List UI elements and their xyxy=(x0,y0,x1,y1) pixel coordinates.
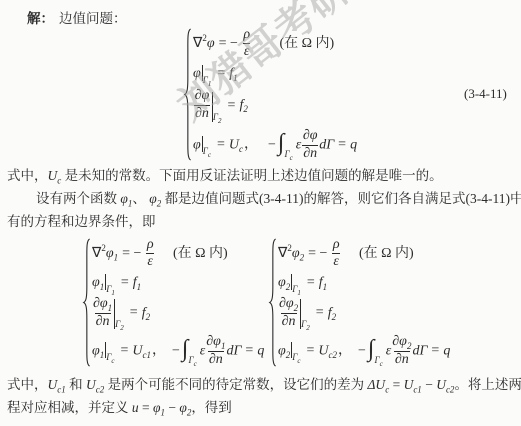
poisson-equation: ∇2φ2= −ρε(在 Ω 内) xyxy=(278,237,450,270)
equation-number: (3-4-11) xyxy=(464,86,507,102)
fraction: ∂φ2∂n xyxy=(392,334,411,368)
fraction: ∂φ1∂n xyxy=(206,334,225,368)
nabla-symbol: ∇ xyxy=(92,246,101,261)
left-brace-icon xyxy=(183,27,192,162)
fraction: ρε xyxy=(332,237,340,270)
conductor-condition: φΓc=Uc，−∫Γcε∂φ∂ndΓ=q xyxy=(193,128,357,162)
nabla-symbol: ∇ xyxy=(193,36,202,51)
solution-heading: 解：边值问题： xyxy=(27,7,127,30)
paragraph-line: 设有两个函数 φ1、 φ2 都是边值问题式(3-4-11)的解答，则它们各自满足… xyxy=(7,187,521,210)
fraction: ∂φ∂n xyxy=(302,128,318,162)
integral-sign: ∫ xyxy=(278,130,285,156)
integral-sign: ∫ xyxy=(182,336,189,362)
neumann-condition: ∂φ1∂nΓ2=f2 xyxy=(92,296,264,330)
poisson-equation: ∇2φ= −ρε(在 Ω 内) xyxy=(193,27,357,60)
conductor-condition: φ1Γc=Uc1，−∫Γcε∂φ1∂ndΓ=q xyxy=(92,334,264,368)
fraction: ρε xyxy=(146,237,154,270)
integral-sign: ∫ xyxy=(368,336,375,362)
solution-label: 解： xyxy=(27,11,54,26)
fraction: ∂φ2∂n xyxy=(279,296,298,330)
left-brace-icon xyxy=(82,237,91,368)
equation-rows: ∇2φ1= −ρε(在 Ω 内) φ1Γ1=f1 ∂φ1∂nΓ2=f2 φ1Γc… xyxy=(92,237,264,368)
equation-rows: ∇2φ= −ρε(在 Ω 内) φΓ1=f1 ∂φ∂nΓ2=f2 φΓc=Uc，… xyxy=(193,27,357,162)
paragraph-line: 式中，Uc1 和 Uc2 是两个可能不同的待定常数，设它们的差为 ΔUc = U… xyxy=(7,373,521,396)
equation-rows: ∇2φ2= −ρε(在 Ω 内) φ2Γ1=f1 ∂φ2∂nΓ2=f2 φ2Γc… xyxy=(278,237,450,368)
bottom-paragraph: 式中，Uc1 和 Uc2 是两个可能不同的待定常数，设它们的差为 ΔUc = U… xyxy=(7,373,521,419)
dirichlet-condition: φ2Γ1=f1 xyxy=(278,274,450,292)
paragraph-line: 式中，Uc 是未知的常数。下面用反证法证明上述边值问题的解是唯一的。 xyxy=(7,164,521,187)
dirichlet-condition: φΓ1=f1 xyxy=(193,65,357,83)
nabla-symbol: ∇ xyxy=(278,246,287,261)
paragraph-line: 程对应相减，并定义 u = φ1 − φ2，得到 xyxy=(7,396,521,419)
fraction: ρε xyxy=(243,27,251,60)
fraction: ∂φ1∂n xyxy=(93,296,112,330)
domain-note: (在 Ω 内) xyxy=(279,36,334,51)
left-brace-icon xyxy=(268,237,277,368)
fraction: ∂φ∂n xyxy=(194,88,210,122)
neumann-condition: ∂φ2∂nΓ2=f2 xyxy=(278,296,450,330)
dirichlet-condition: φ1Γ1=f1 xyxy=(92,274,264,292)
domain-note: (在 Ω 内) xyxy=(359,246,414,261)
equation-system-phi1: ∇2φ1= −ρε(在 Ω 内) φ1Γ1=f1 ∂φ1∂nΓ2=f2 φ1Γc… xyxy=(82,237,264,368)
equation-system-main: ∇2φ= −ρε(在 Ω 内) φΓ1=f1 ∂φ∂nΓ2=f2 φΓc=Uc，… xyxy=(183,27,357,162)
middle-paragraph: 式中，Uc 是未知的常数。下面用反证法证明上述边值问题的解是唯一的。 设有两个函… xyxy=(7,164,521,233)
textbook-page: 刘猎哥考研团队 解：边值问题： ∇2φ= −ρε(在 Ω 内) φΓ1=f1 ∂… xyxy=(0,0,521,426)
heading-text: 边值问题： xyxy=(59,11,127,26)
paragraph-line: 有的方程和边界条件，即 xyxy=(7,210,521,233)
domain-note: (在 Ω 内) xyxy=(173,246,228,261)
poisson-equation: ∇2φ1= −ρε(在 Ω 内) xyxy=(92,237,264,270)
conductor-condition: φ2Γc=Uc2，−∫Γcε∂φ2∂ndΓ=q xyxy=(278,334,450,368)
neumann-condition: ∂φ∂nΓ2=f2 xyxy=(193,88,357,122)
equation-system-phi2: ∇2φ2= −ρε(在 Ω 内) φ2Γ1=f1 ∂φ2∂nΓ2=f2 φ2Γc… xyxy=(268,237,450,368)
